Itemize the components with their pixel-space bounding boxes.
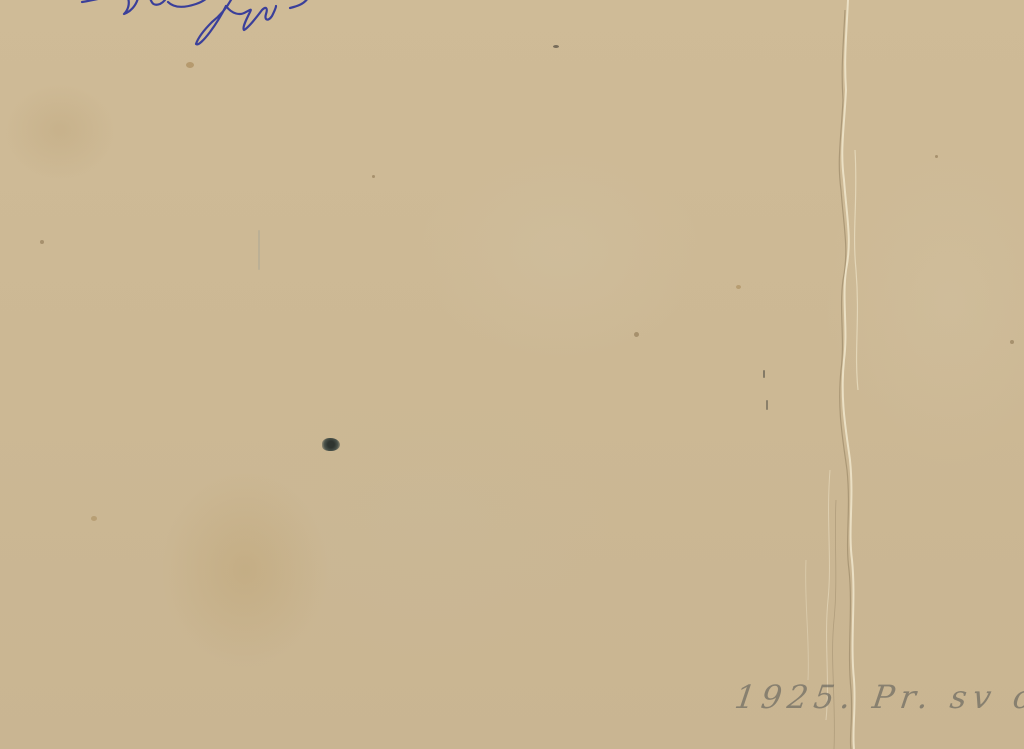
foxing-spot bbox=[736, 285, 741, 289]
ink-blot bbox=[322, 438, 340, 451]
paper-sheet: 1925. Pr. sv o bbox=[0, 0, 1024, 749]
handwritten-signature bbox=[80, 0, 340, 60]
foxing-spot bbox=[91, 516, 97, 521]
foxing-spot bbox=[40, 240, 44, 244]
foxing-spot bbox=[935, 155, 938, 158]
foxing-spot bbox=[634, 332, 639, 337]
pencil-annotation: 1925. Pr. sv o bbox=[732, 678, 1024, 716]
foxing-spot bbox=[372, 175, 375, 178]
foxing-spot bbox=[553, 45, 559, 48]
foxing-spot bbox=[258, 230, 260, 270]
foxing-spot bbox=[763, 370, 765, 378]
foxing-spot bbox=[766, 400, 768, 410]
foxing-spot bbox=[1010, 340, 1014, 344]
foxing-spot bbox=[186, 62, 194, 68]
paper-crease bbox=[800, 0, 860, 749]
